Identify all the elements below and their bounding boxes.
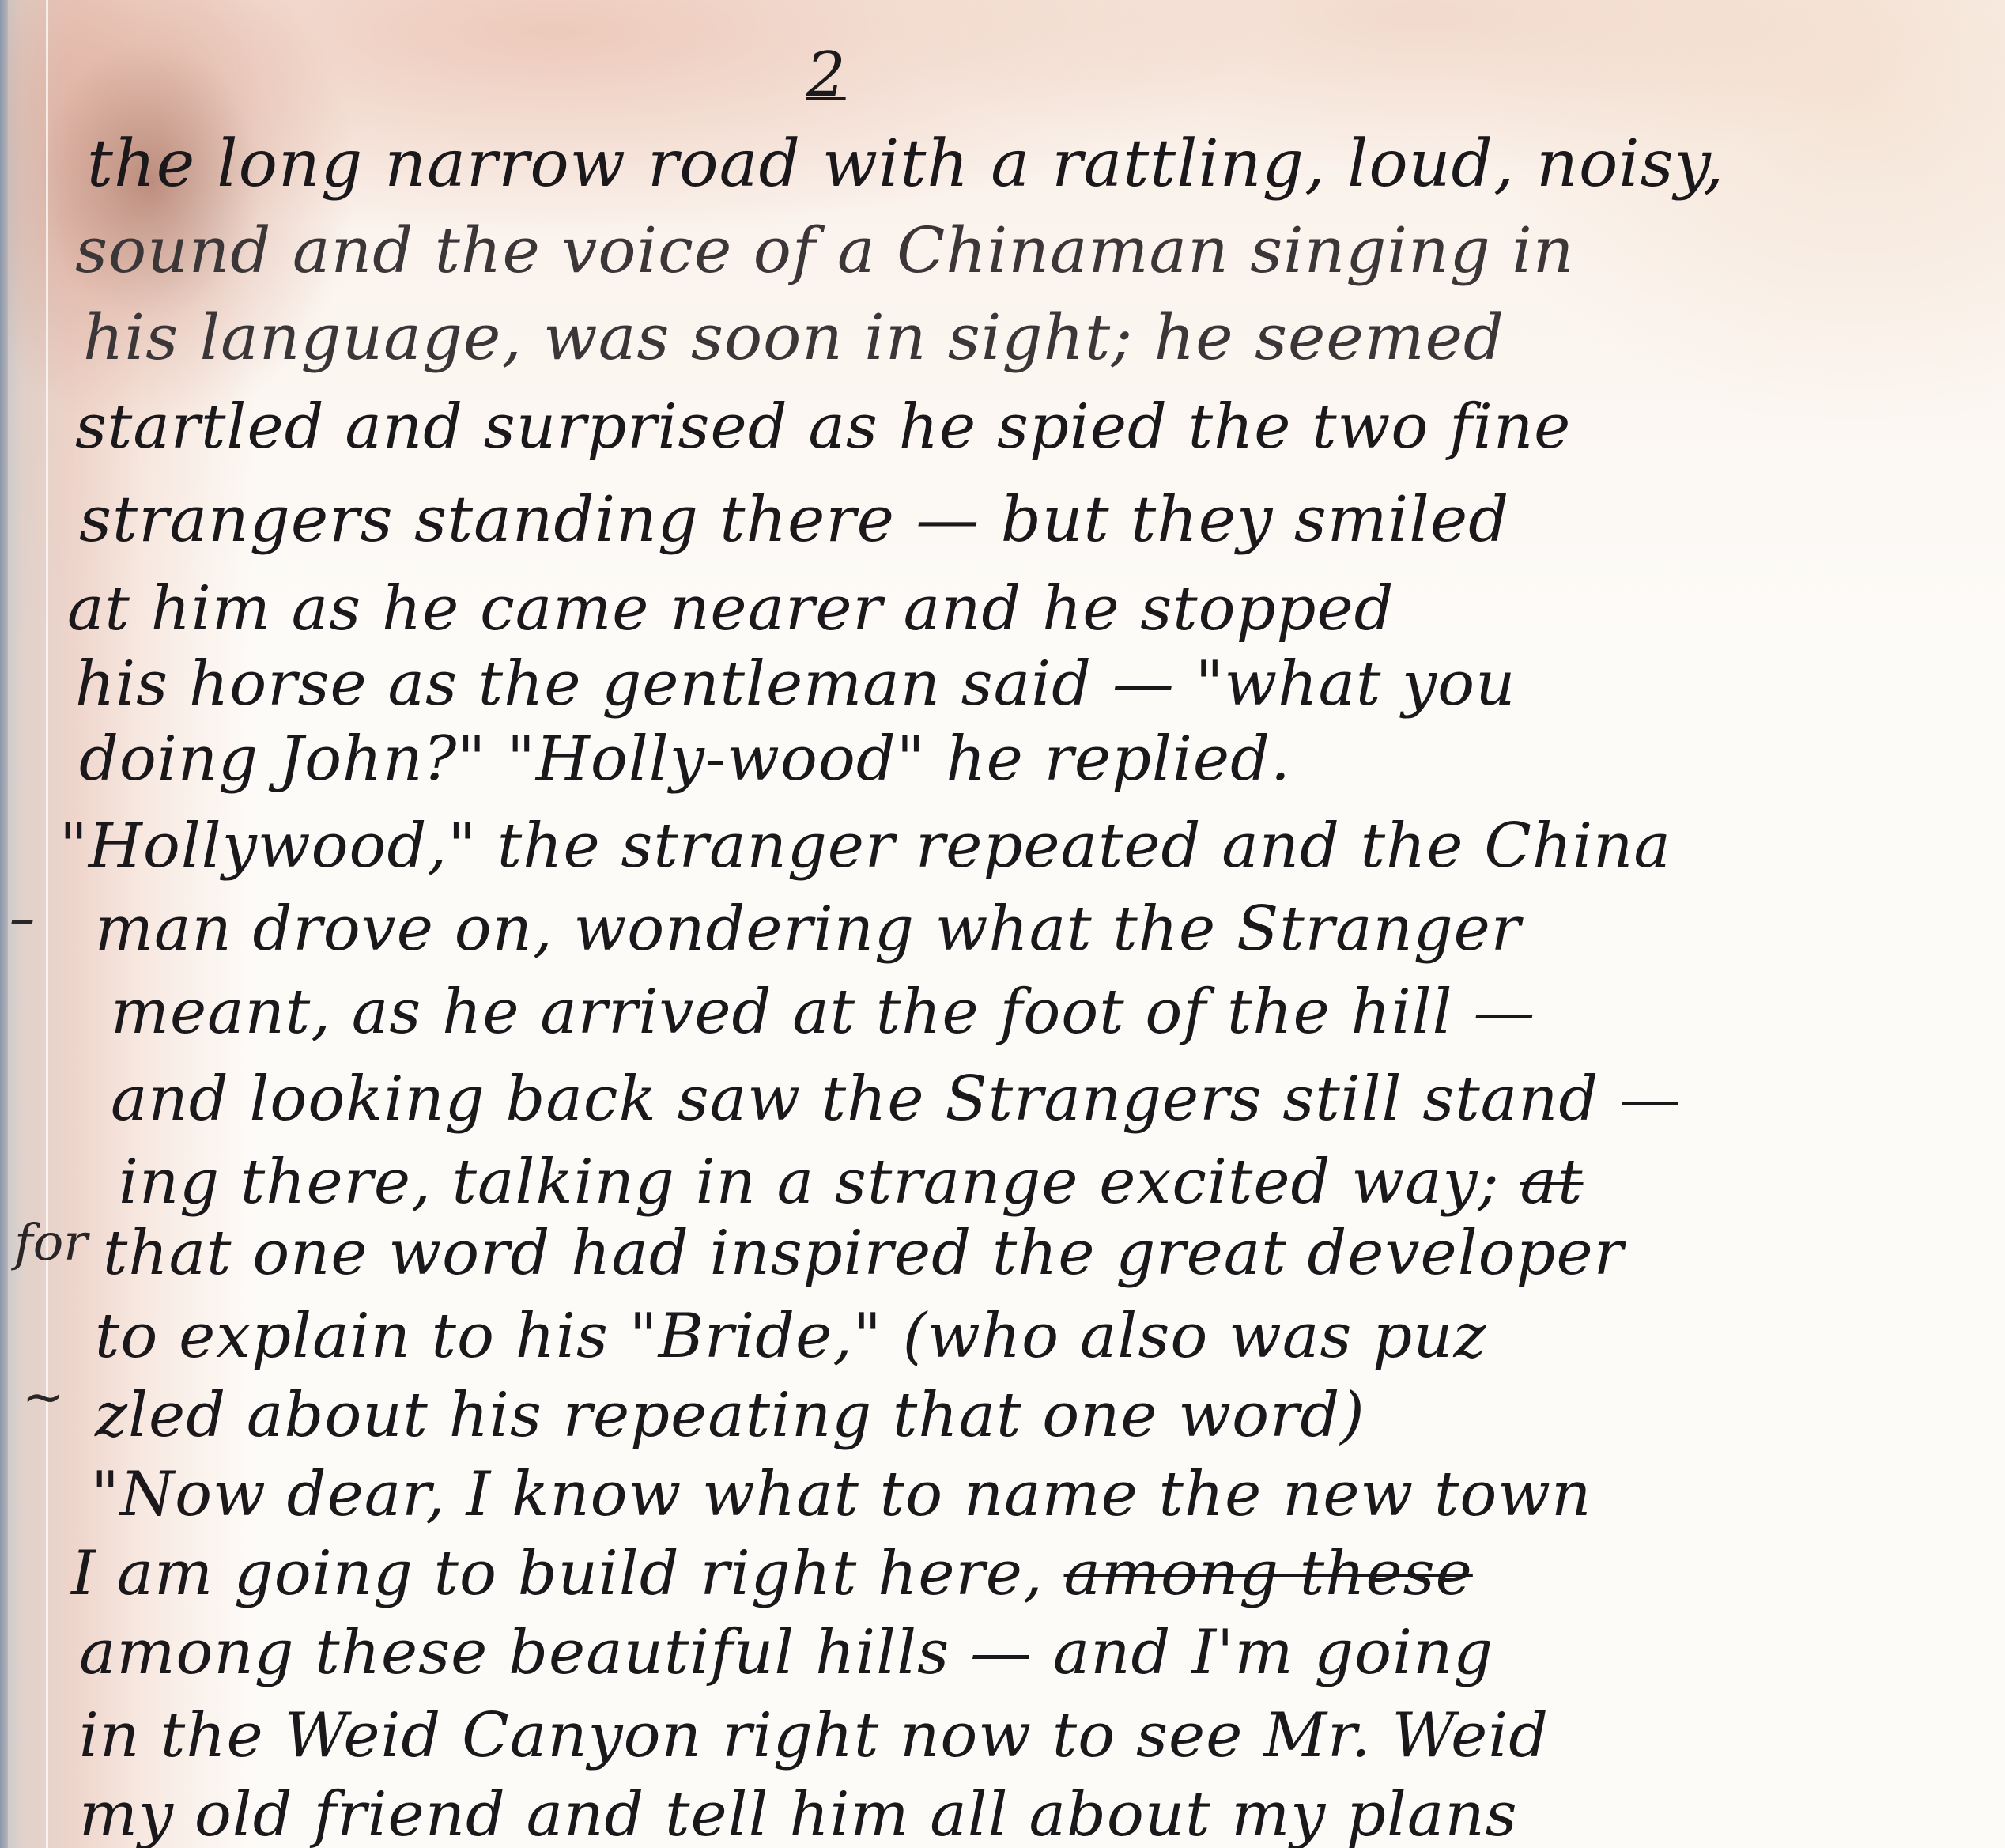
manuscript-line: the long narrow road with a rattling, lo… [87, 127, 1724, 202]
margin-note-dash: – [9, 890, 35, 948]
manuscript-line: my old friend and tell him all about my … [79, 1779, 1518, 1848]
manuscript-line: "Now dear, I know what to name the new t… [91, 1459, 1592, 1530]
manuscript-line: to explain to his "Bride," (who also was… [95, 1301, 1486, 1372]
manuscript-line: ing there, talking in a strange excited … [119, 1147, 1583, 1218]
manuscript-line: strangers standing there — but they smil… [79, 482, 1509, 556]
struck-text: at [1520, 1147, 1584, 1218]
manuscript-line: startled and surprised as he spied the t… [75, 391, 1571, 463]
manuscript-line: his language, was soon in sight; he seem… [83, 300, 1505, 374]
paper-edge [0, 0, 8, 1848]
manuscript-line: his horse as the gentleman said — "what … [75, 648, 1516, 720]
manuscript-line: I am going to build right here, among th… [71, 1538, 1473, 1609]
margin-note-tilde: ~ [22, 1368, 65, 1427]
manuscript-line: doing John?" "Holly-wood" he replied. [79, 724, 1291, 795]
manuscript-line: sound and the voice of a Chinaman singin… [75, 214, 1574, 287]
struck-text: among these [1064, 1538, 1473, 1609]
manuscript-line: at him as he came nearer and he stopped [67, 573, 1395, 644]
manuscript-line: and looking back saw the Strangers still… [111, 1064, 1682, 1135]
manuscript-line: meant, as he arrived at the foot of the … [111, 977, 1535, 1048]
page-number: 2 [806, 40, 846, 111]
manuscript-line: that one word had inspired the great dev… [103, 1218, 1624, 1289]
manuscript-page: 2 the long narrow road with a rattling, … [0, 0, 2005, 1848]
manuscript-line: "Hollywood," the stranger repeated and t… [59, 811, 1671, 882]
manuscript-line: among these beautiful hills — and I'm go… [79, 1617, 1493, 1688]
margin-note-for: for [14, 1214, 88, 1272]
manuscript-line: man drove on, wondering what the Strange… [95, 894, 1521, 965]
paper-fold-crease [46, 0, 48, 1848]
manuscript-line: in the Weid Canyon right now to see Mr. … [79, 1700, 1549, 1771]
manuscript-line: zled about his repeating that one word) [95, 1380, 1365, 1451]
